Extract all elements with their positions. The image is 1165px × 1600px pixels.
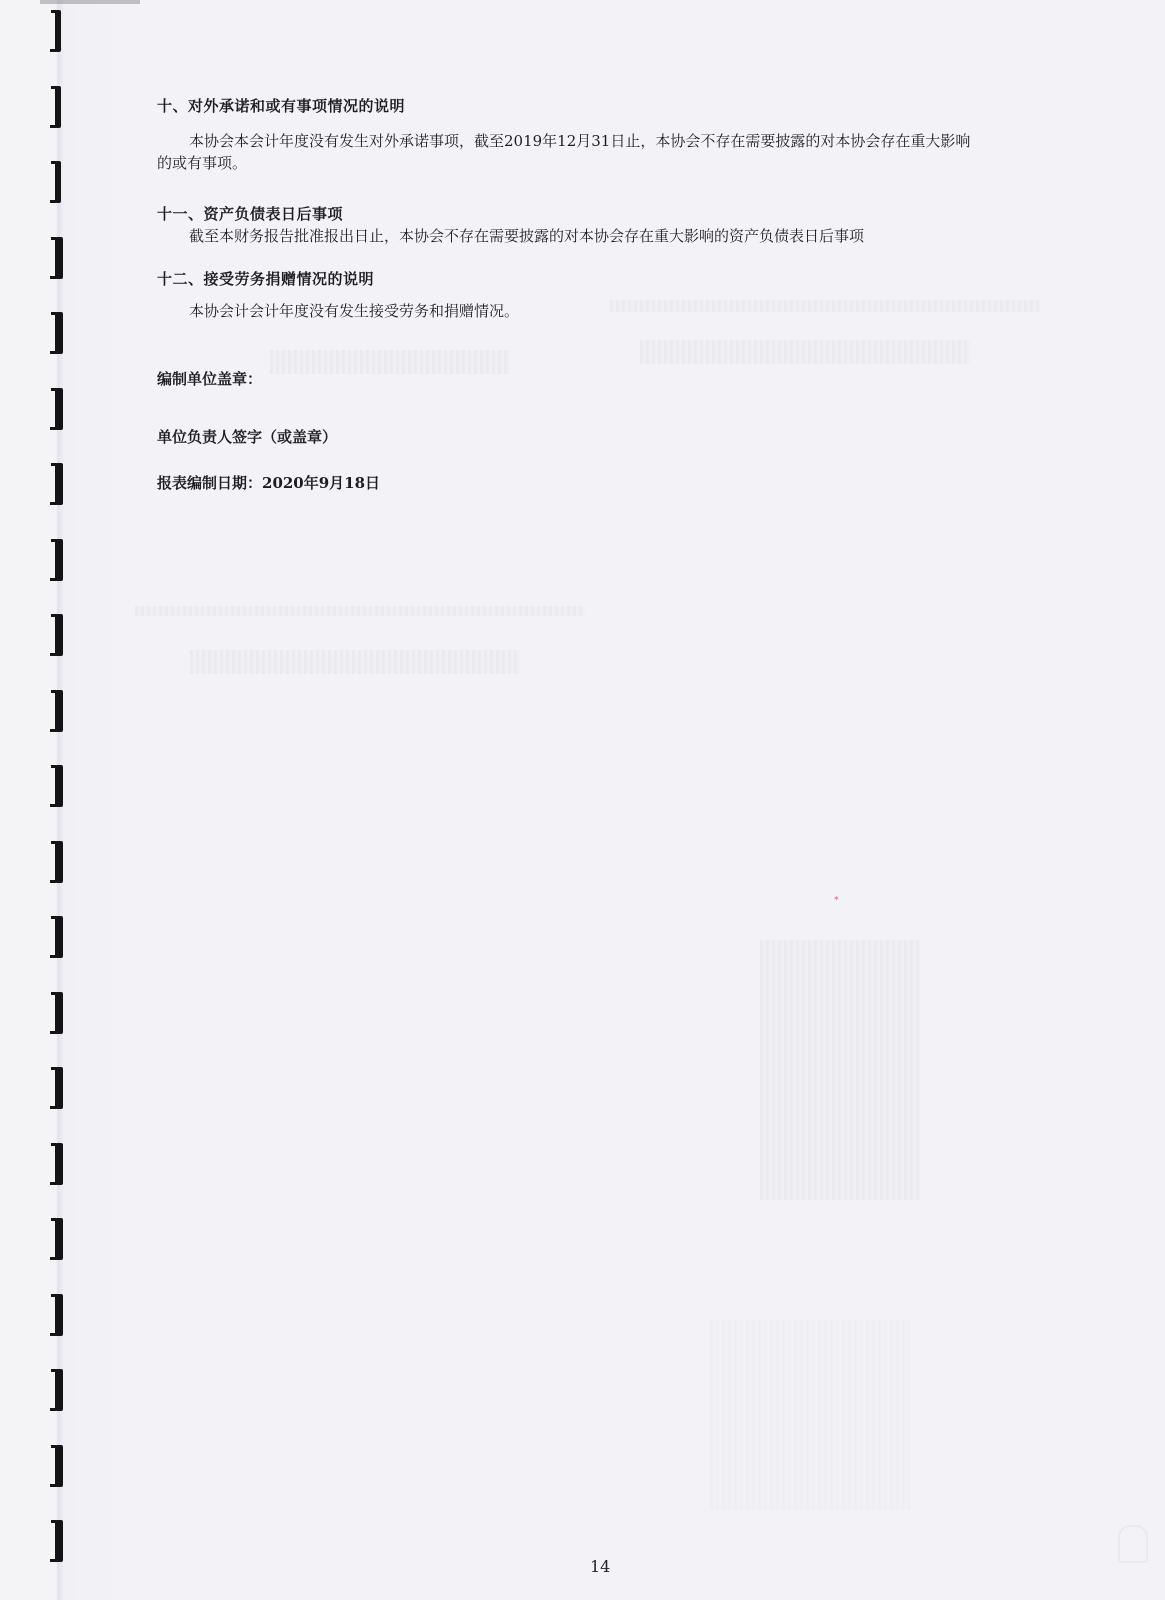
section-12-body: 本协会计会计年度没有发生接受劳务和捐赠情况。 xyxy=(157,300,977,322)
scan-edge-shadow xyxy=(40,0,140,4)
bleed-through-text xyxy=(640,340,970,364)
section-11-heading: 十一、资产负债表日后事项 xyxy=(157,203,343,224)
unit-seal-label: 编制单位盖章： xyxy=(157,368,262,389)
bleed-through-block xyxy=(710,1320,910,1510)
binding-loop xyxy=(55,1520,63,1562)
binding-loop xyxy=(55,388,63,430)
binding-loop xyxy=(55,1294,63,1336)
binding-loop xyxy=(55,690,63,732)
binding-loop xyxy=(55,1143,63,1185)
binding-loop xyxy=(55,1218,63,1260)
binding-loop xyxy=(55,10,61,52)
binding-loop xyxy=(55,463,63,505)
binding-loop xyxy=(55,1445,63,1487)
bleed-through-table xyxy=(760,940,920,1200)
binding-loop xyxy=(55,765,63,807)
bleed-through-text xyxy=(190,650,520,674)
binding-loop xyxy=(55,86,61,128)
scanned-page: 十、对外承诺和或有事项情况的说明 本协会本会计年度没有发生对外承诺事项，截至20… xyxy=(0,0,1165,1600)
binding-loop xyxy=(55,614,63,656)
section-10-body: 本协会本会计年度没有发生对外承诺事项，截至2019年12月31日止，本协会不存在… xyxy=(157,130,977,174)
page-number: 14 xyxy=(590,1557,610,1576)
bleed-through-text xyxy=(270,350,510,374)
binding-loop xyxy=(55,1369,63,1411)
section-10-heading: 十、对外承诺和或有事项情况的说明 xyxy=(157,95,405,116)
binding-loop xyxy=(55,161,61,203)
bleed-through-text xyxy=(135,606,585,616)
scanner-watermark-icon xyxy=(1118,1525,1148,1563)
binding-loop xyxy=(55,539,63,581)
binding-loop xyxy=(55,992,63,1034)
leader-signature-label: 单位负责人签字（或盖章） xyxy=(157,426,337,447)
stamp-ink-trace: ✶ xyxy=(833,894,847,900)
binding-loop xyxy=(55,312,63,354)
binding-loop xyxy=(55,237,63,279)
binding-loop xyxy=(55,916,63,958)
report-date-label: 报表编制日期：2020年9月18日 xyxy=(157,472,380,493)
section-12-heading: 十二、接受劳务捐赠情况的说明 xyxy=(157,268,374,289)
section-11-body: 截至本财务报告批准报出日止，本协会不存在需要披露的对本协会存在重大影响的资产负债… xyxy=(157,225,977,247)
binding-loop xyxy=(55,841,63,883)
binding-loop xyxy=(55,1067,63,1109)
